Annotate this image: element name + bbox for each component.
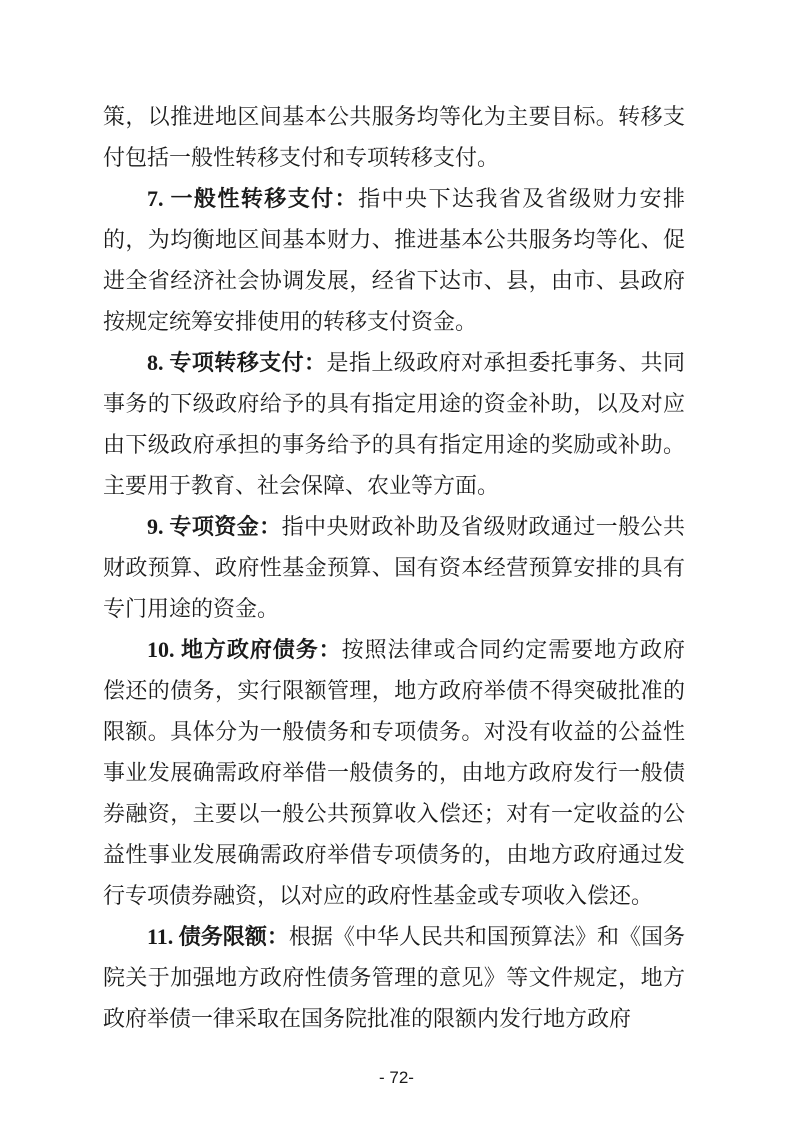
text-block: 策，以推进地区间基本公共服务均等化为主要目标。转移支付包括一般性转移支付和专项转… bbox=[103, 96, 685, 1039]
paragraph-10-local-government-debt: 10. 地方政府债务：按照法律或合同约定需要地方政府偿还的债务，实行限额管理，地… bbox=[103, 629, 685, 916]
term-label: 10. 地方政府债务： bbox=[147, 637, 342, 662]
paragraph-7-general-transfer-payment: 7. 一般性转移支付：指中央下达我省及省级财力安排的，为均衡地区间基本财力、推进… bbox=[103, 178, 685, 342]
term-label: 11. 债务限额： bbox=[147, 924, 289, 949]
term-label: 8. 专项转移支付： bbox=[147, 350, 326, 375]
paragraph-continuation: 策，以推进地区间基本公共服务均等化为主要目标。转移支付包括一般性转移支付和专项转… bbox=[103, 96, 685, 178]
paragraph-text: 按照法律或合同约定需要地方政府偿还的债务，实行限额管理，地方政府举债不得突破批准… bbox=[103, 637, 685, 908]
paragraph-8-special-transfer-payment: 8. 专项转移支付：是指上级政府对承担委托事务、共同事务的下级政府给予的具有指定… bbox=[103, 342, 685, 506]
document-page: 策，以推进地区间基本公共服务均等化为主要目标。转移支付包括一般性转移支付和专项转… bbox=[0, 0, 793, 1122]
term-label: 7. 一般性转移支付： bbox=[147, 186, 358, 211]
term-label: 9. 专项资金： bbox=[147, 514, 282, 539]
page-footer: - 72- bbox=[0, 1068, 793, 1088]
page-number: - 72- bbox=[379, 1068, 414, 1087]
paragraph-11-debt-limit: 11. 债务限额：根据《中华人民共和国预算法》和《国务院关于加强地方政府性债务管… bbox=[103, 916, 685, 1039]
paragraph-text: 策，以推进地区间基本公共服务均等化为主要目标。转移支付包括一般性转移支付和专项转… bbox=[103, 104, 685, 170]
paragraph-9-special-funds: 9. 专项资金：指中央财政补助及省级财政通过一般公共财政预算、政府性基金预算、国… bbox=[103, 506, 685, 629]
